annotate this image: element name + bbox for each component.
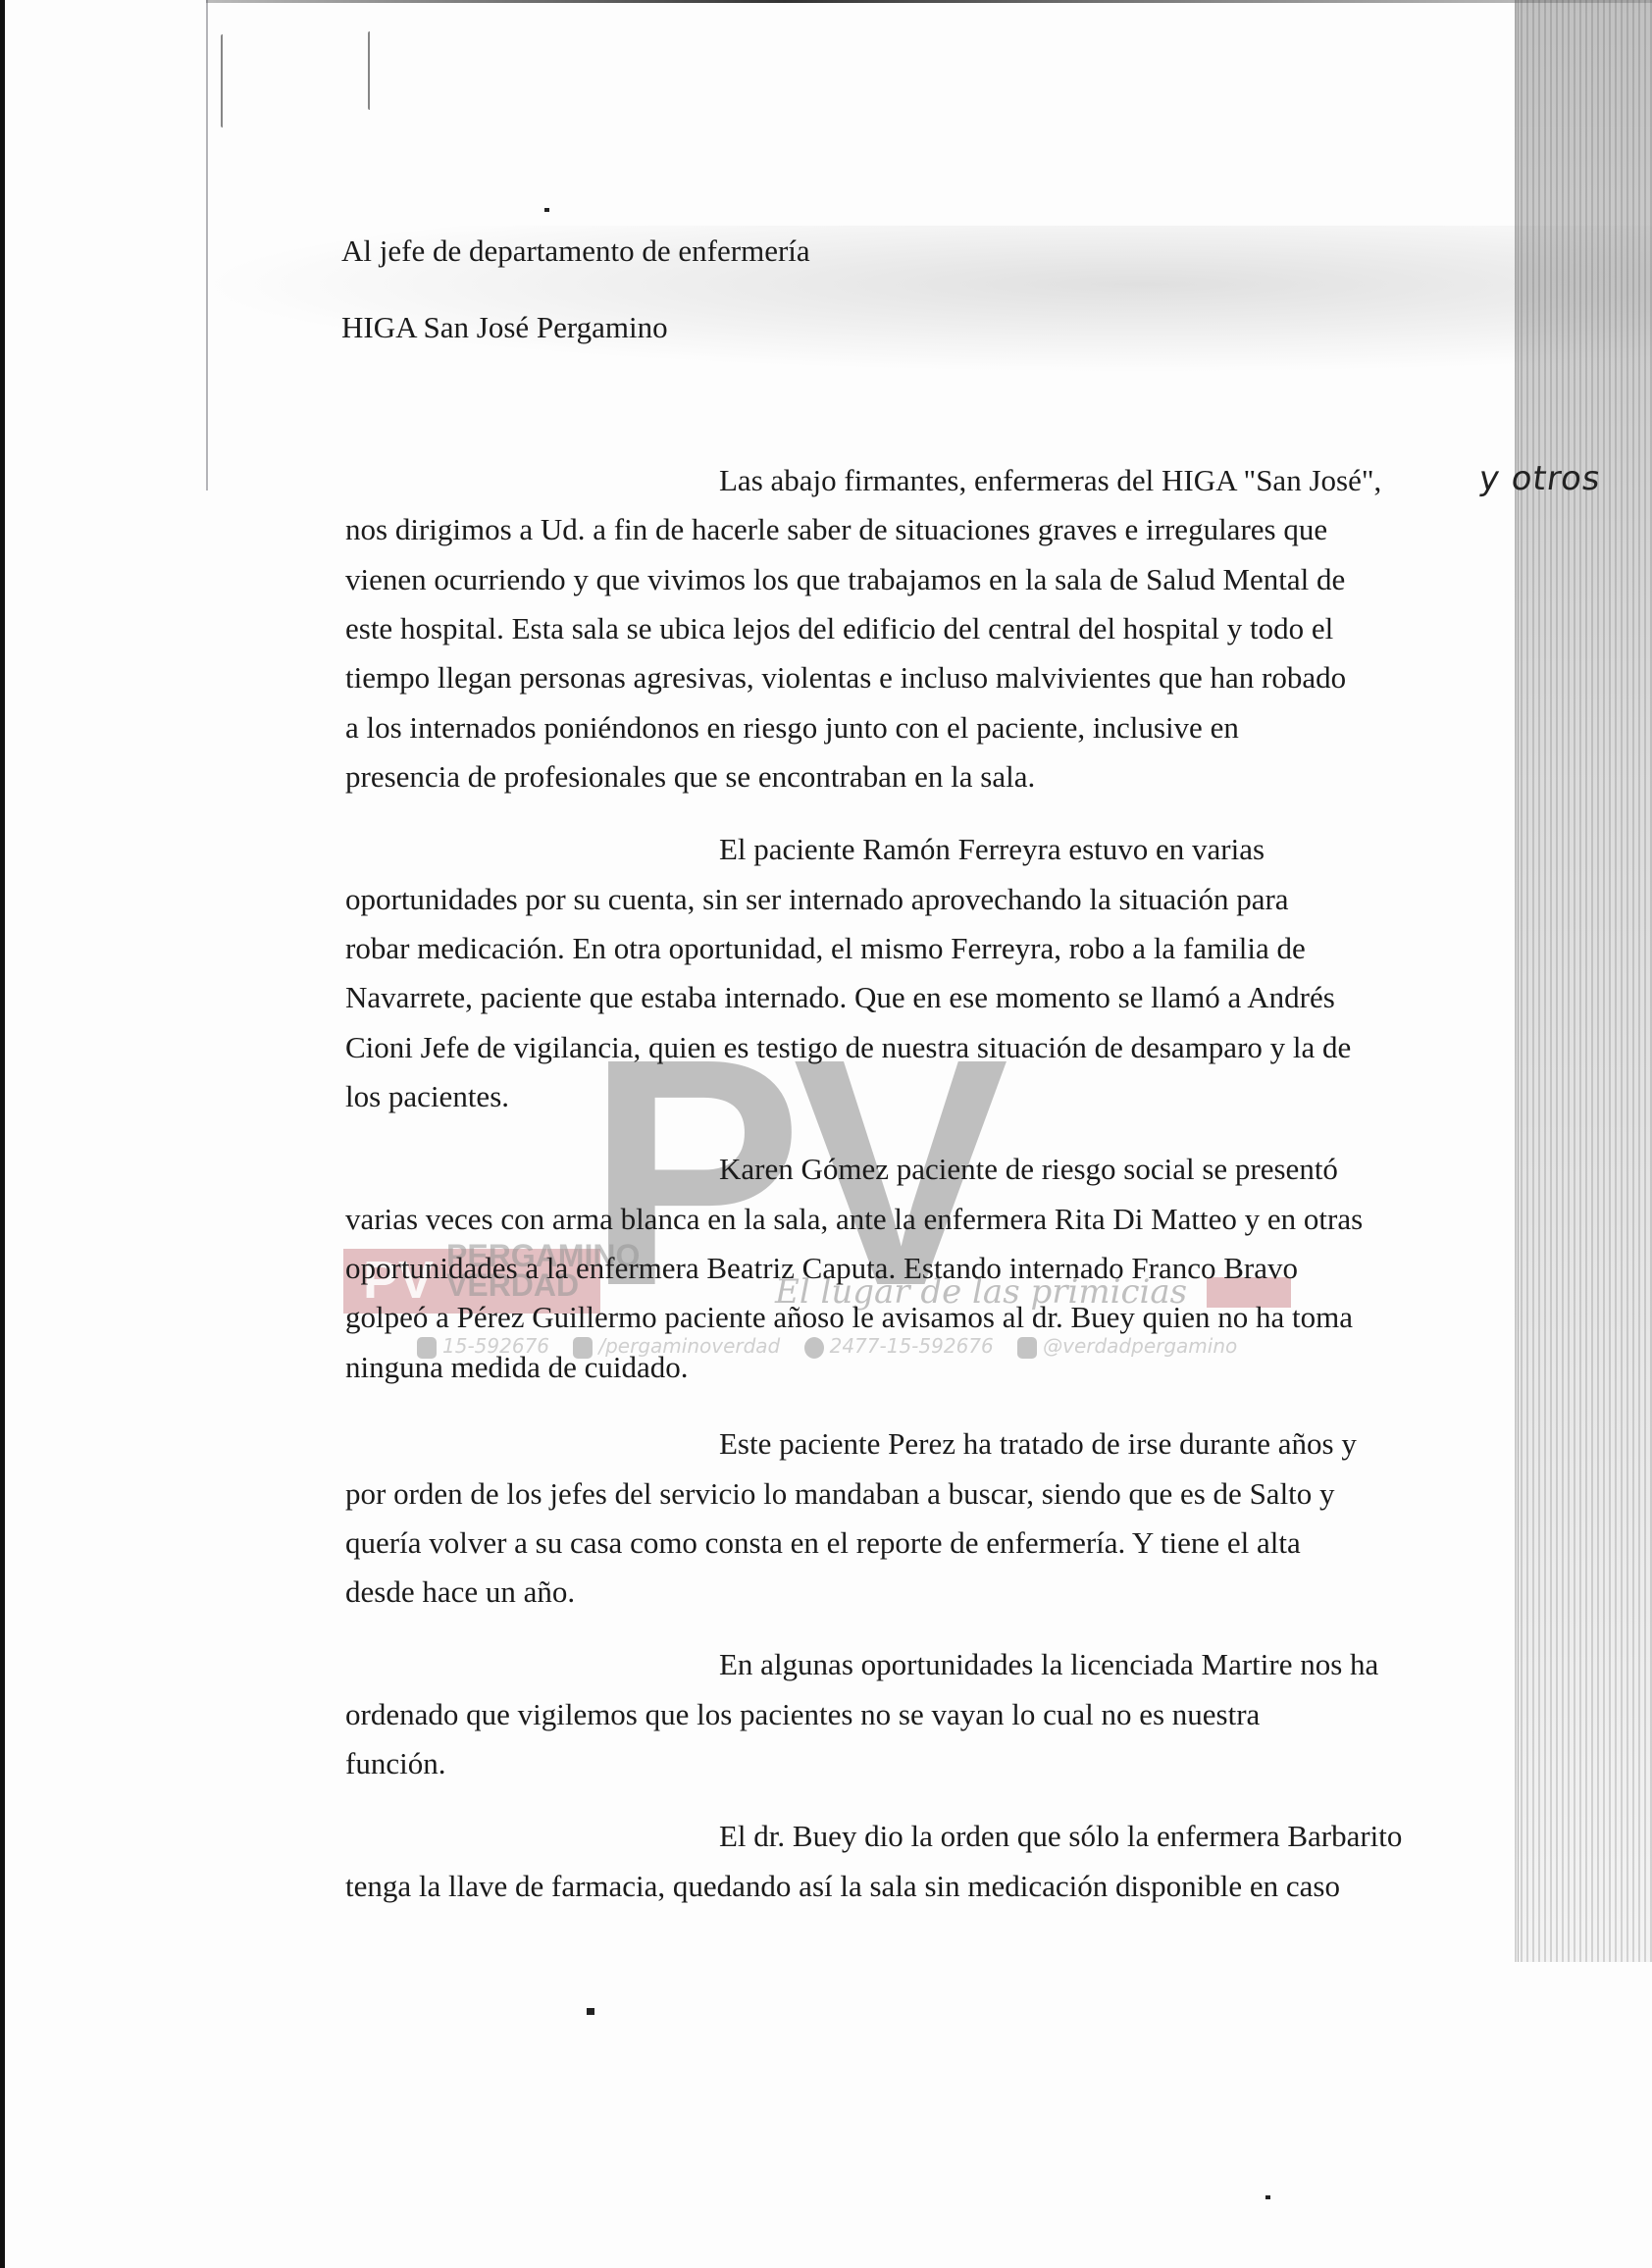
staple-mark: [221, 34, 226, 128]
whatsapp-icon: [804, 1337, 824, 1359]
scan-speck: [1265, 2195, 1270, 2199]
addressee: Al jefe de departamento de enfermería: [341, 232, 810, 271]
watermark-contact: @verdadpergamino: [1017, 1334, 1237, 1358]
scan-edge: [206, 0, 1652, 3]
scan-speck: [587, 2008, 594, 2015]
institution: HIGA San José Pergamino: [341, 308, 668, 347]
scan-speck: [544, 208, 549, 212]
handwritten-note: y otros: [1476, 459, 1603, 498]
scan-edge: [0, 0, 5, 2268]
watermark-contact: 2477-15-592676: [804, 1334, 994, 1358]
staple-mark: [368, 31, 373, 110]
twitter-icon: [1017, 1337, 1037, 1359]
